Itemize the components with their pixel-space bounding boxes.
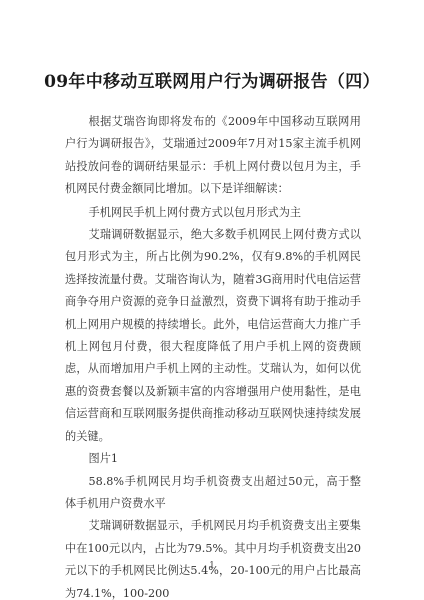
document-title: 09年中移动互联网用户行为调研报告（四） <box>0 67 424 92</box>
paragraph-intro: 根据艾瑞咨询即将发布的《2009年中国移动互联网用户行为调研报告》，艾瑞通过20… <box>65 111 361 201</box>
document-page: 09年中移动互联网用户行为调研报告（四） 根据艾瑞咨询即将发布的《2009年中国… <box>0 0 424 600</box>
document-body: 根据艾瑞咨询即将发布的《2009年中国移动互联网用户行为调研报告》，艾瑞通过20… <box>65 111 361 600</box>
section-heading-spending: 58.8%手机网民月均手机资费支出超过50元，高于整体手机用户资费水平 <box>65 471 361 516</box>
figure-caption: 图片1 <box>65 448 361 470</box>
section-heading-payment-method: 手机网民手机上网付费方式以包月形式为主 <box>65 202 361 224</box>
page-number: 1 <box>0 561 424 571</box>
paragraph-spending: 艾瑞调研数据显示，手机网民月均手机资费支出主要集中在100元以内，占比为79.5… <box>65 515 361 600</box>
paragraph-payment-method: 艾瑞调研数据显示，绝大多数手机网民上网付费方式以包月形式为主，所占比例为90.2… <box>65 224 361 448</box>
